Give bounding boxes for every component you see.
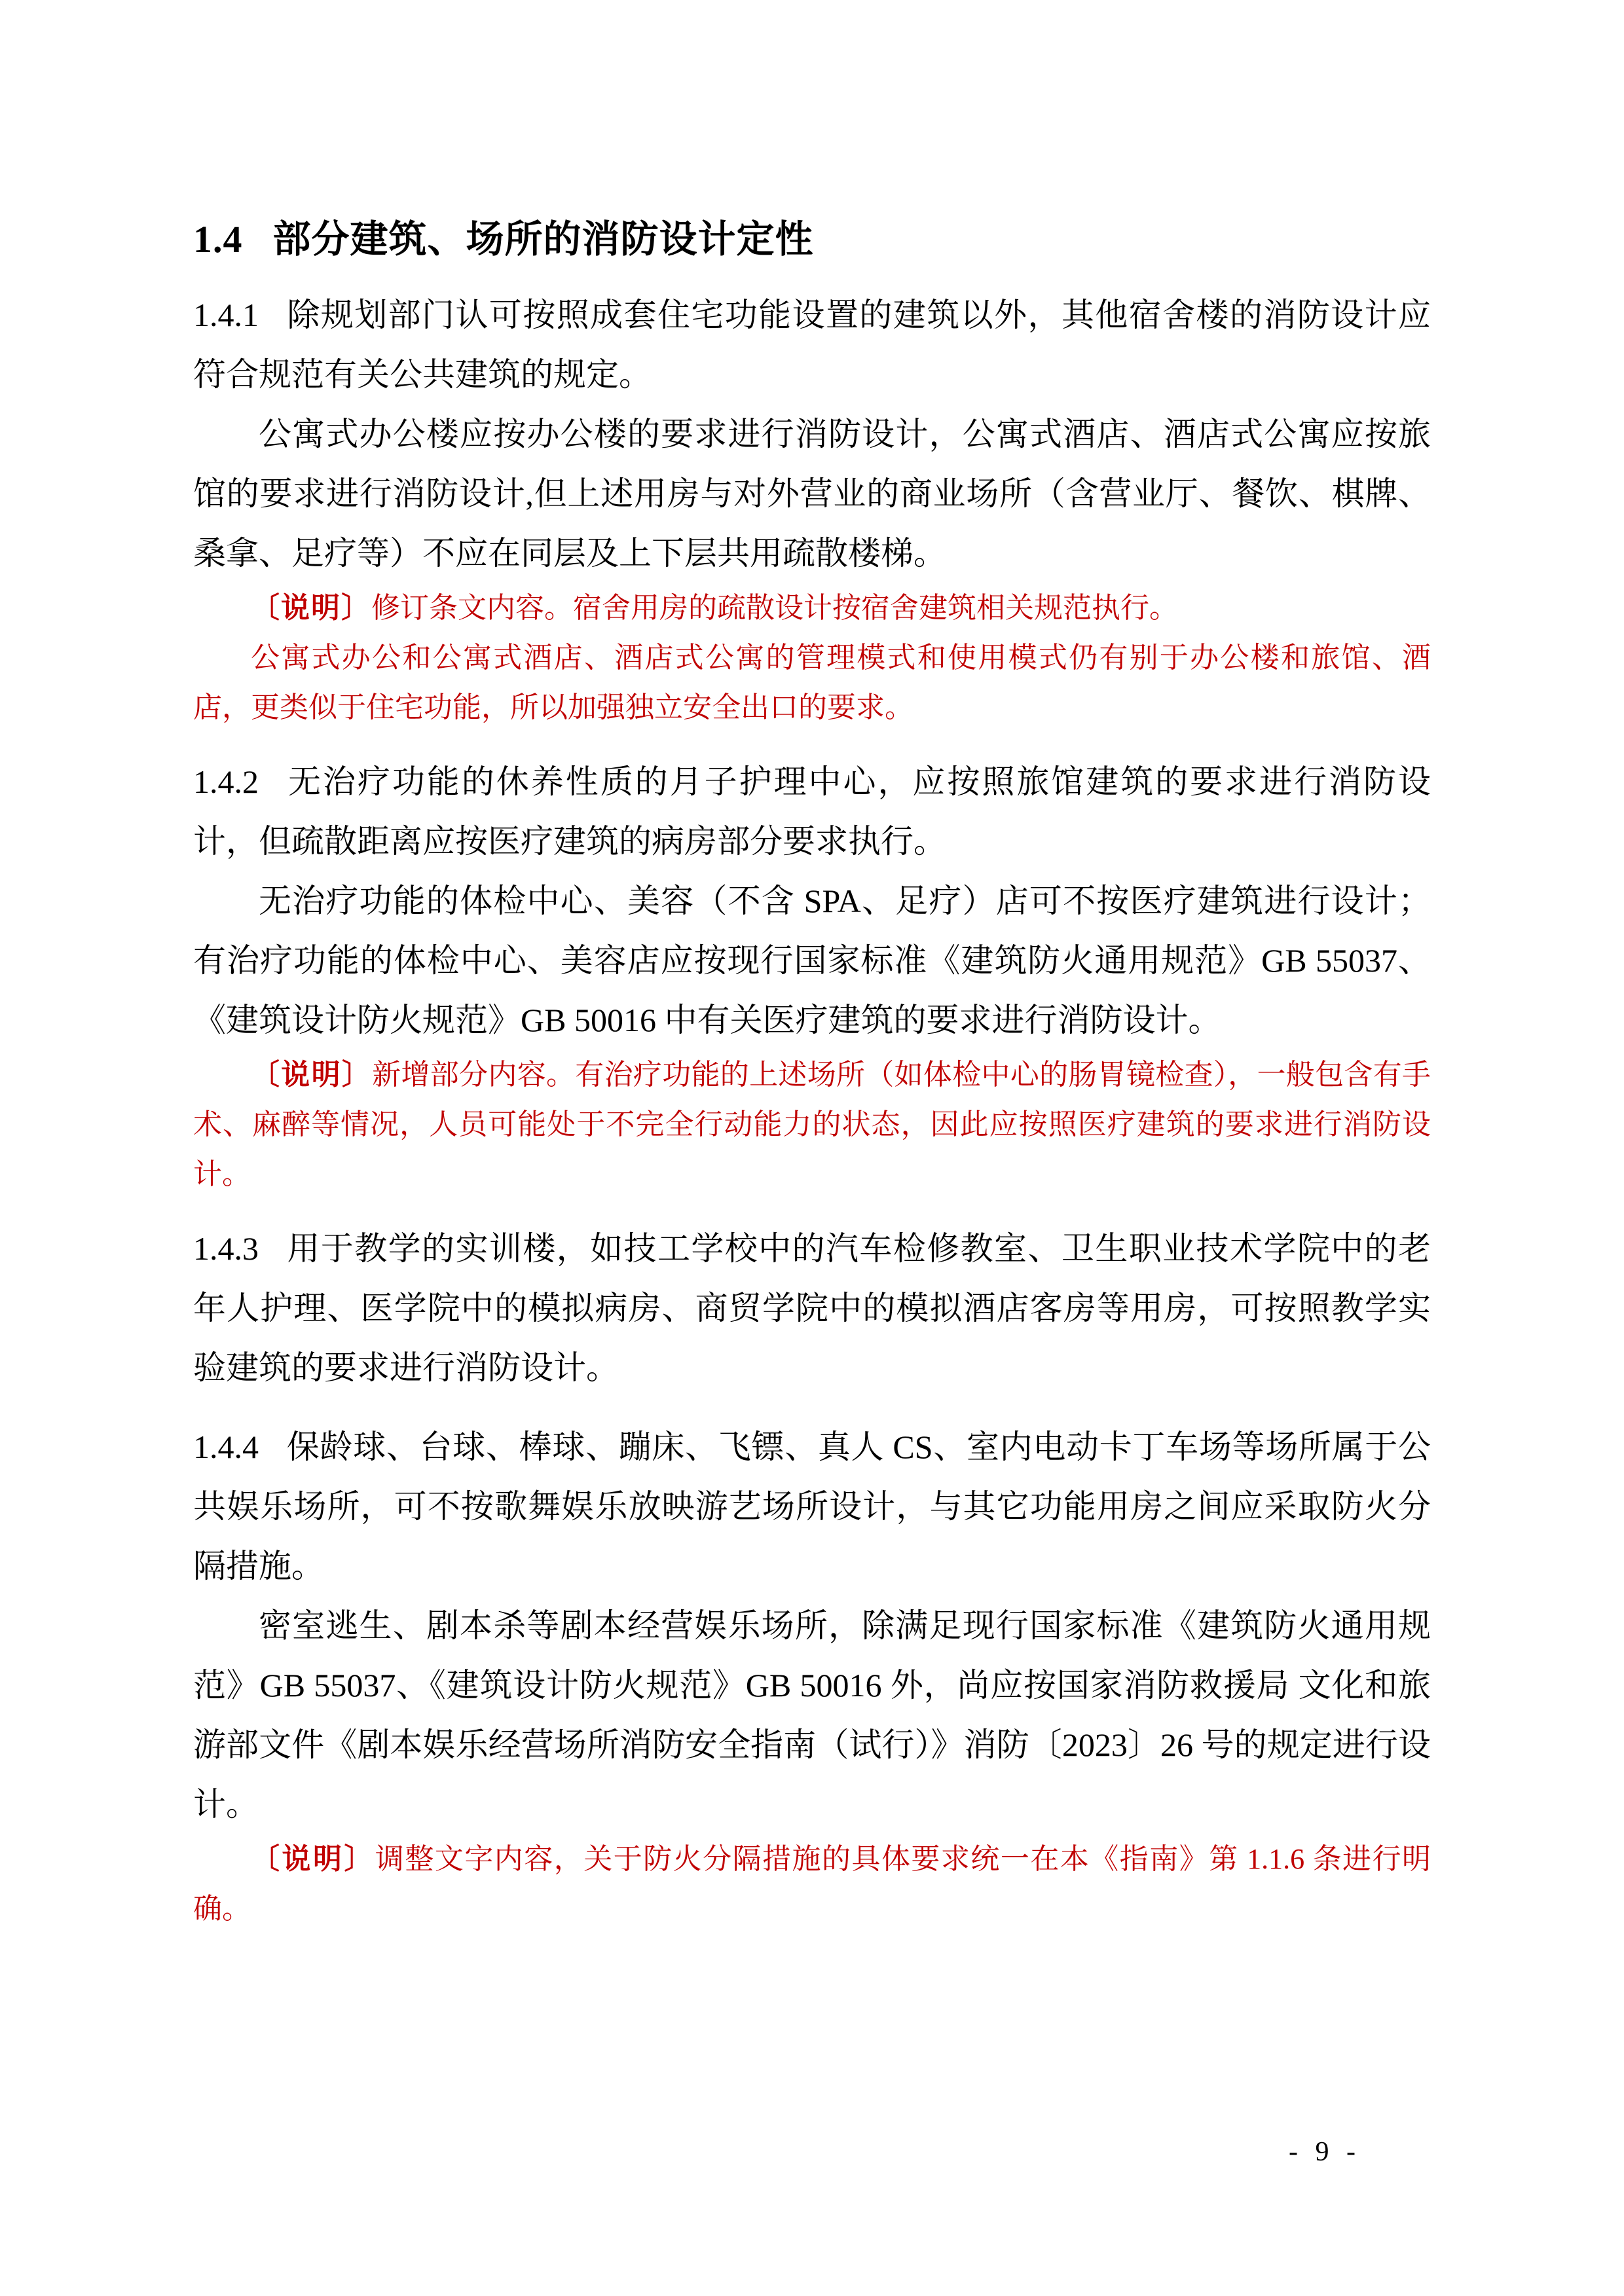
section-number: 1.4.1	[193, 297, 259, 333]
note-paragraph: 〔说明〕修订条文内容。宿舍用房的疏散设计按宿舍建筑相关规范执行。	[193, 583, 1431, 633]
heading-number: 1.4	[193, 218, 243, 261]
note-label: 〔说明〕	[251, 592, 371, 624]
body-paragraph: 无治疗功能的体检中心、美容（不含 SPA、足疗）店可不按医疗建筑进行设计；有治疗…	[193, 871, 1431, 1050]
note-paragraph: 〔说明〕新增部分内容。有治疗功能的上述场所（如体检中心的肠胃镜检查），一般包含有…	[193, 1050, 1431, 1199]
section-heading: 1.4部分建筑、场所的消防设计定性	[193, 216, 1431, 263]
heading-text: 部分建筑、场所的消防设计定性	[273, 218, 814, 261]
note-label: 〔说明〕	[251, 1843, 375, 1875]
section-paragraph-1.4.1: 1.4.1除规划部门认可按照成套住宅功能设置的建筑以外，其他宿舍楼的消防设计应符…	[193, 285, 1431, 405]
document-body: 1.4.1除规划部门认可按照成套住宅功能设置的建筑以外，其他宿舍楼的消防设计应符…	[193, 285, 1431, 1934]
section-number: 1.4.3	[193, 1230, 259, 1267]
section-paragraph-1.4.3: 1.4.3用于教学的实训楼，如技工学校中的汽车检修教室、卫生职业技术学院中的老年…	[193, 1219, 1431, 1398]
document-page: 1.4部分建筑、场所的消防设计定性 1.4.1除规划部门认可按照成套住宅功能设置…	[0, 0, 1624, 2296]
section-paragraph-1.4.2: 1.4.2无治疗功能的休养性质的月子护理中心，应按照旅馆建筑的要求进行消防设计，…	[193, 752, 1431, 871]
section-number: 1.4.2	[193, 763, 259, 800]
page-number: - 9 -	[1289, 2136, 1361, 2168]
body-paragraph: 公寓式办公楼应按办公楼的要求进行消防设计，公寓式酒店、酒店式公寓应按旅馆的要求进…	[193, 405, 1431, 583]
note-paragraph: 〔说明〕调整文字内容，关于防火分隔措施的具体要求统一在本《指南》第 1.1.6 …	[193, 1834, 1431, 1934]
body-paragraph: 密室逃生、剧本杀等剧本经营娱乐场所，除满足现行国家标准《建筑防火通用规范》GB …	[193, 1596, 1431, 1834]
section-number: 1.4.4	[193, 1429, 259, 1465]
note-label: 〔说明〕	[251, 1059, 372, 1091]
note-paragraph-continued: 公寓式办公和公寓式酒店、酒店式公寓的管理模式和使用模式仍有别于办公楼和旅馆、酒店…	[193, 633, 1431, 733]
section-paragraph-1.4.4: 1.4.4保龄球、台球、棒球、蹦床、飞镖、真人 CS、室内电动卡丁车场等场所属于…	[193, 1417, 1431, 1596]
